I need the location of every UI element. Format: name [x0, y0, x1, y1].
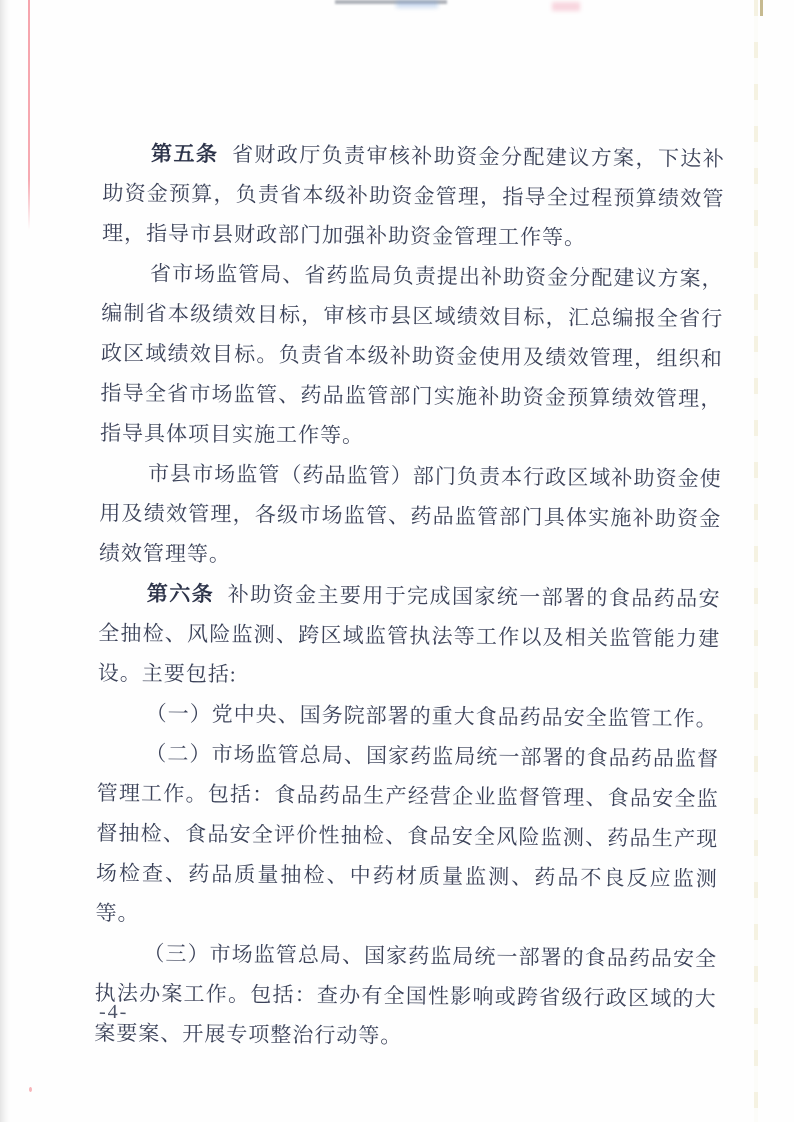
- article-6-number: 第六条: [147, 581, 214, 606]
- para-item-1: （一）党中央、国务院部署的重大食品药品安全监管工作。: [97, 693, 719, 739]
- para-item-2-text: （二）市场监管总局、国家药监局统一部署的食品药品监督管理工作。包括：食品药品生产…: [95, 741, 719, 925]
- scan-right-edge-strip: [754, 0, 758, 1122]
- para-item-2: （二）市场监管总局、国家药监局统一部署的食品药品监督管理工作。包括：食品药品生产…: [95, 733, 719, 939]
- scan-top-smudge-dark: [335, 0, 447, 4]
- para-article-6: 第六条补助资金主要用于完成国家统一部署的食品药品安全抽检、风险监测、跨区域监管执…: [98, 573, 721, 699]
- scan-left-edge-shadow: [0, 0, 10, 1122]
- article-5-number: 第五条: [151, 141, 218, 166]
- scanned-document-page: 第五条省财政厅负责审核补助资金分配建议方案，下达补助资金预算，负责省本级补助资金…: [0, 0, 794, 1122]
- scan-top-smudge-pink: [552, 2, 580, 11]
- page-number: -4-: [99, 1001, 128, 1024]
- para-article-5: 第五条省财政厅负责审核补助资金分配建议方案，下达补助资金预算，负责省本级补助资金…: [102, 133, 725, 259]
- para-city-county-text: 市县市场监管（药品监管）部门负责本行政区域补助资金使用及绩效管理，各级市场监管、…: [99, 461, 722, 566]
- para-item-1-text: （一）党中央、国务院部署的重大食品药品安全监管工作。: [146, 701, 718, 730]
- scan-pink-registration-line: [28, 0, 30, 230]
- para-provincial-bureaus: 省市场监管局、省药监局负责提出补助资金分配建议方案，编制省本级绩效目标，审核市县…: [100, 253, 724, 459]
- para-item-3-text: （三）市场监管总局、国家药监局统一部署的食品药品安全执法办案工作。包括：查办有全…: [94, 941, 717, 1047]
- scan-bottom-pink-dot: [29, 1087, 32, 1092]
- scan-right-tan-tick: [760, 0, 763, 16]
- document-body: 第五条省财政厅负责审核补助资金分配建议方案，下达补助资金预算，负责省本级补助资金…: [94, 133, 725, 1059]
- para-provincial-bureaus-text: 省市场监管局、省药监局负责提出补助资金分配建议方案，编制省本级绩效目标，审核市县…: [100, 261, 724, 447]
- para-item-3: （三）市场监管总局、国家药监局统一部署的食品药品安全执法办案工作。包括：查办有全…: [94, 933, 717, 1059]
- scan-top-smudge-blue: [396, 0, 438, 8]
- para-city-county: 市县市场监管（药品监管）部门负责本行政区域补助资金使用及绩效管理，各级市场监管、…: [99, 453, 722, 579]
